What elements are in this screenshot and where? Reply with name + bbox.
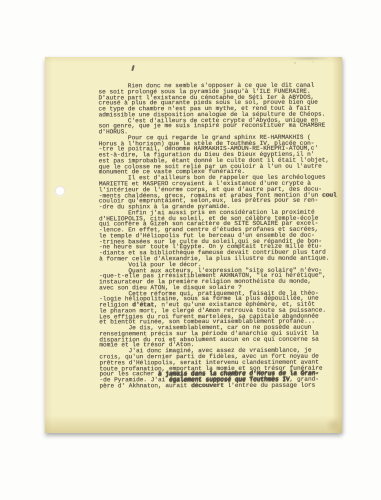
text-line: père d' Akhnaton, aurait découvert l'ent… xyxy=(100,382,338,389)
hole-punch xyxy=(55,186,65,196)
overstruck-text: coul xyxy=(322,191,337,198)
scan-background: Rien donc ne semble s'opposer à ce que l… xyxy=(0,0,381,500)
overstruck-text: découvert xyxy=(191,382,224,389)
typewritten-text: Rien donc ne semble s'opposer à ce que l… xyxy=(98,83,337,389)
text-line: son genre, que je me suis inspiré pour r… xyxy=(99,123,337,130)
paper-scuff xyxy=(280,57,338,62)
paper-page: Rien donc ne semble s'opposer à ce que l… xyxy=(45,57,342,433)
pencil-mark xyxy=(131,65,134,71)
